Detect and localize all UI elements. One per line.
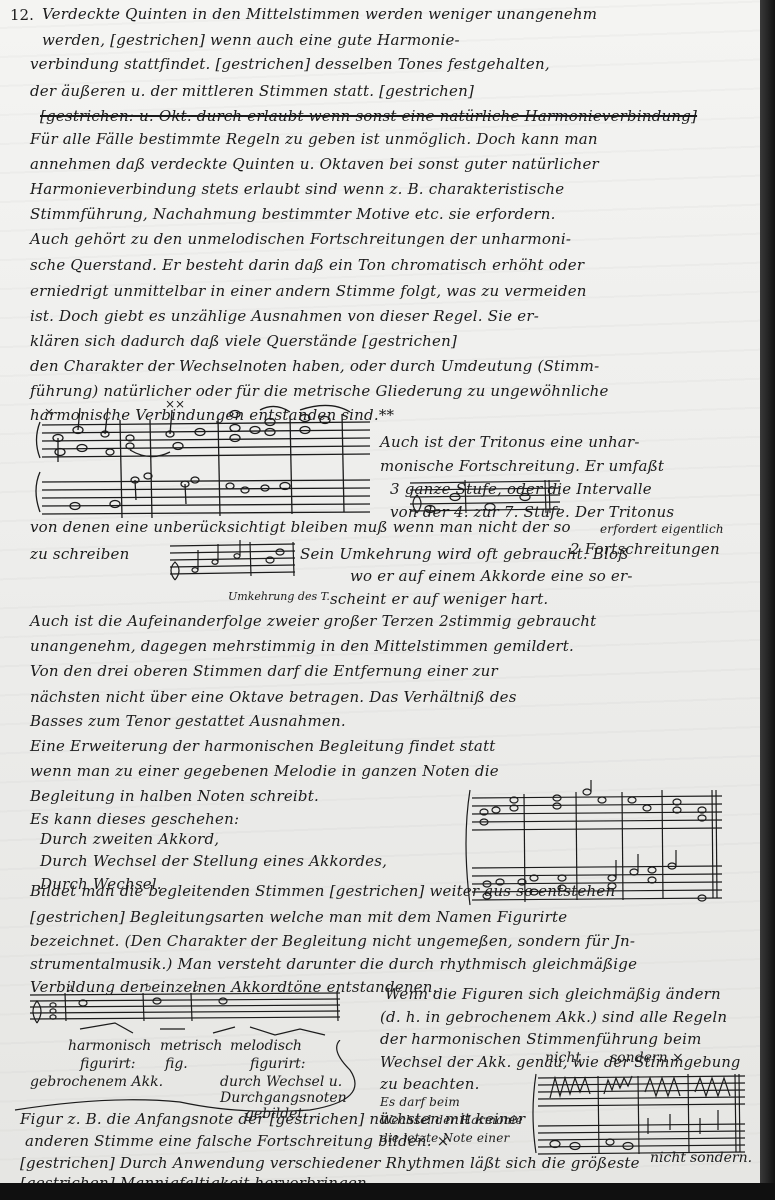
text-line: Begleitung in halben Noten schreibt.	[30, 787, 319, 805]
example-annotation: nicht	[650, 1150, 686, 1166]
text-line: sche Querstand. Er besteht darin daß ein…	[30, 256, 584, 274]
text-line: den Charakter der Wechselnoten haben, od…	[30, 357, 599, 375]
text-line: Auch gehört zu den unmelodischen Fortsch…	[30, 230, 571, 248]
example-annotation: sondern.	[690, 1150, 752, 1166]
music-example-grand-staff: × ××	[30, 400, 380, 520]
text-line: Auch ist der Tritonus eine unhar-	[380, 433, 640, 451]
page-edge-bottom	[0, 1183, 775, 1200]
svg-text:××: ××	[165, 400, 185, 411]
text-line: Für alle Fälle bestimmte Regeln zu geben…	[30, 130, 598, 148]
text-line: der harmonischen Stimmenführung beim	[380, 1030, 702, 1048]
page-edge-shadow	[760, 0, 775, 1200]
example-annotation: sondern ×	[610, 1050, 684, 1066]
text-line: Wenn die Figuren sich gleichmäßig ändern	[385, 985, 721, 1003]
text-line: Sein Umkehrung wird oft gebraucht. Bloß	[300, 545, 628, 563]
svg-text:b: b	[145, 983, 151, 994]
asterisk-mark: ×	[44, 405, 54, 419]
text-line: Figur z. B. die Anfangsnote der [gestric…	[20, 1110, 525, 1128]
text-line: monische Fortschreitung. Er umfaßt	[380, 457, 664, 475]
music-example-figure-error	[530, 1068, 750, 1158]
text-line: Von den drei oberen Stimmen darf die Ent…	[30, 662, 498, 680]
svg-text:c: c	[193, 983, 199, 994]
text-line: [gestrichen] Durch Anwendung verschieden…	[20, 1154, 640, 1172]
svg-text:a: a	[67, 983, 73, 994]
struck-text-line: [gestrichen: u. Okt. durch erlaubt wenn …	[40, 107, 697, 125]
text-line: Durch Wechsel der Stellung eines Akkorde…	[40, 852, 387, 870]
text-line: führung) natürlicher oder für die metris…	[30, 382, 609, 400]
text-line: verbindung stattfindet. [gestrichen] des…	[30, 55, 550, 73]
text-line: bezeichnet. (Den Charakter der Begleitun…	[30, 932, 635, 950]
text-line: erfordert eigentlich	[600, 522, 724, 536]
text-line: ist. Doch giebt es unzählige Ausnahmen v…	[30, 307, 539, 325]
text-line: anderen Stimme eine falsche Fortschreitu…	[25, 1132, 449, 1150]
text-line: nächsten nicht über eine Oktave betragen…	[30, 688, 517, 706]
text-line: werden, [gestrichen] wenn auch eine gute…	[42, 31, 460, 49]
text-line: unangenehm, dagegen mehrstimmig in den M…	[30, 637, 574, 655]
text-line: Auch ist die Aufeinanderfolge zweier gro…	[30, 612, 596, 630]
text-line: von denen eine unberücksichtigt bleiben …	[30, 518, 571, 536]
text-line: erniedrigt unmittelbar in einer andern S…	[30, 282, 587, 300]
text-line: [gestrichen] Mannigfaltigkeit hervorbrin…	[20, 1174, 372, 1183]
page-number: 12.	[10, 6, 34, 24]
text-line: [gestrichen] Begleitungsarten welche man…	[30, 908, 567, 926]
manuscript-page: 12. Verdeckte Quinten in den Mittelstimm…	[0, 0, 760, 1183]
music-example-tritone-inversion	[165, 540, 305, 585]
text-line: annehmen daß verdeckte Quinten u. Oktave…	[30, 155, 599, 173]
text-line: Es kann dieses geschehen:	[30, 810, 239, 828]
text-line: wenn man zu einer gegebenen Melodie in g…	[30, 762, 499, 780]
text-line: scheint er auf weniger hart.	[330, 590, 548, 608]
text-line: zu beachten.	[380, 1075, 480, 1093]
text-line: Basses zum Tenor gestattet Ausnahmen.	[30, 712, 346, 730]
text-line: Harmonieverbindung stets erlaubt sind we…	[30, 180, 564, 198]
text-line: wo er auf einem Akkorde eine so er-	[350, 567, 633, 585]
text-line: klären sich dadurch daß viele Querstände…	[30, 332, 457, 350]
music-example-figuration: a b c	[25, 983, 345, 1043]
music-example-tritone	[405, 475, 565, 520]
text-line: Durch zweiten Akkord,	[40, 830, 219, 848]
text-line: Bildet man die begleitenden Stimmen [ges…	[30, 882, 615, 900]
text-line: Eine Erweiterung der harmonischen Beglei…	[30, 737, 496, 755]
example-annotation: nicht	[545, 1050, 581, 1066]
text-line: Verdeckte Quinten in den Mittelstimmen w…	[42, 5, 597, 23]
text-line: Stimmführung, Nachahmung bestimmter Moti…	[30, 205, 556, 223]
text-line: zu schreiben	[30, 545, 129, 563]
text-line: (d. h. in gebrochenem Akk.) sind alle Re…	[380, 1008, 727, 1026]
example-caption: Umkehrung des T.	[228, 590, 330, 603]
text-line: der äußeren u. der mittleren Stimmen sta…	[30, 82, 474, 100]
text-line: strumentalmusik.) Man versteht darunter …	[30, 955, 637, 973]
text-line: Es darf beim	[380, 1095, 460, 1109]
